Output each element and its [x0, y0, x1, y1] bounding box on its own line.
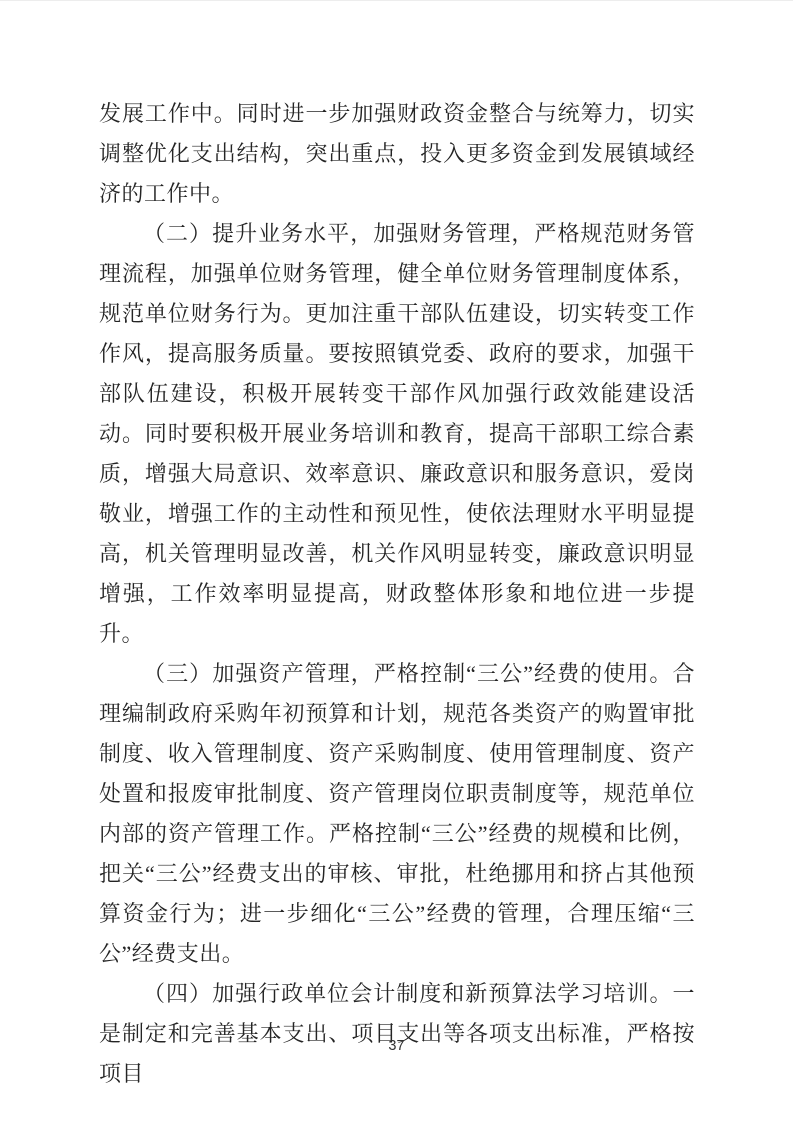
document-page: 发展工作中。同时进一步加强财政资金整合与统筹力，切实调整优化支出结构，突出重点，… [0, 0, 793, 1122]
paragraph-section-2: （二）提升业务水平，加强财务管理，严格规范财务管理流程，加强单位财务管理，健全单… [99, 214, 695, 654]
page-number: 37 [388, 1038, 404, 1054]
paragraph-section-3: （三）加强资产管理，严格控制“三公”经费的使用。合理编制政府采购年初预算和计划，… [99, 654, 695, 974]
document-body: 发展工作中。同时进一步加强财政资金整合与统筹力，切实调整优化支出结构，突出重点，… [99, 94, 695, 1094]
paragraph-continuation: 发展工作中。同时进一步加强财政资金整合与统筹力，切实调整优化支出结构，突出重点，… [99, 94, 695, 214]
paragraph-section-4: （四）加强行政单位会计制度和新预算法学习培训。一是制定和完善基本支出、项目支出等… [99, 974, 695, 1094]
page-footer: 37 [0, 1037, 793, 1055]
